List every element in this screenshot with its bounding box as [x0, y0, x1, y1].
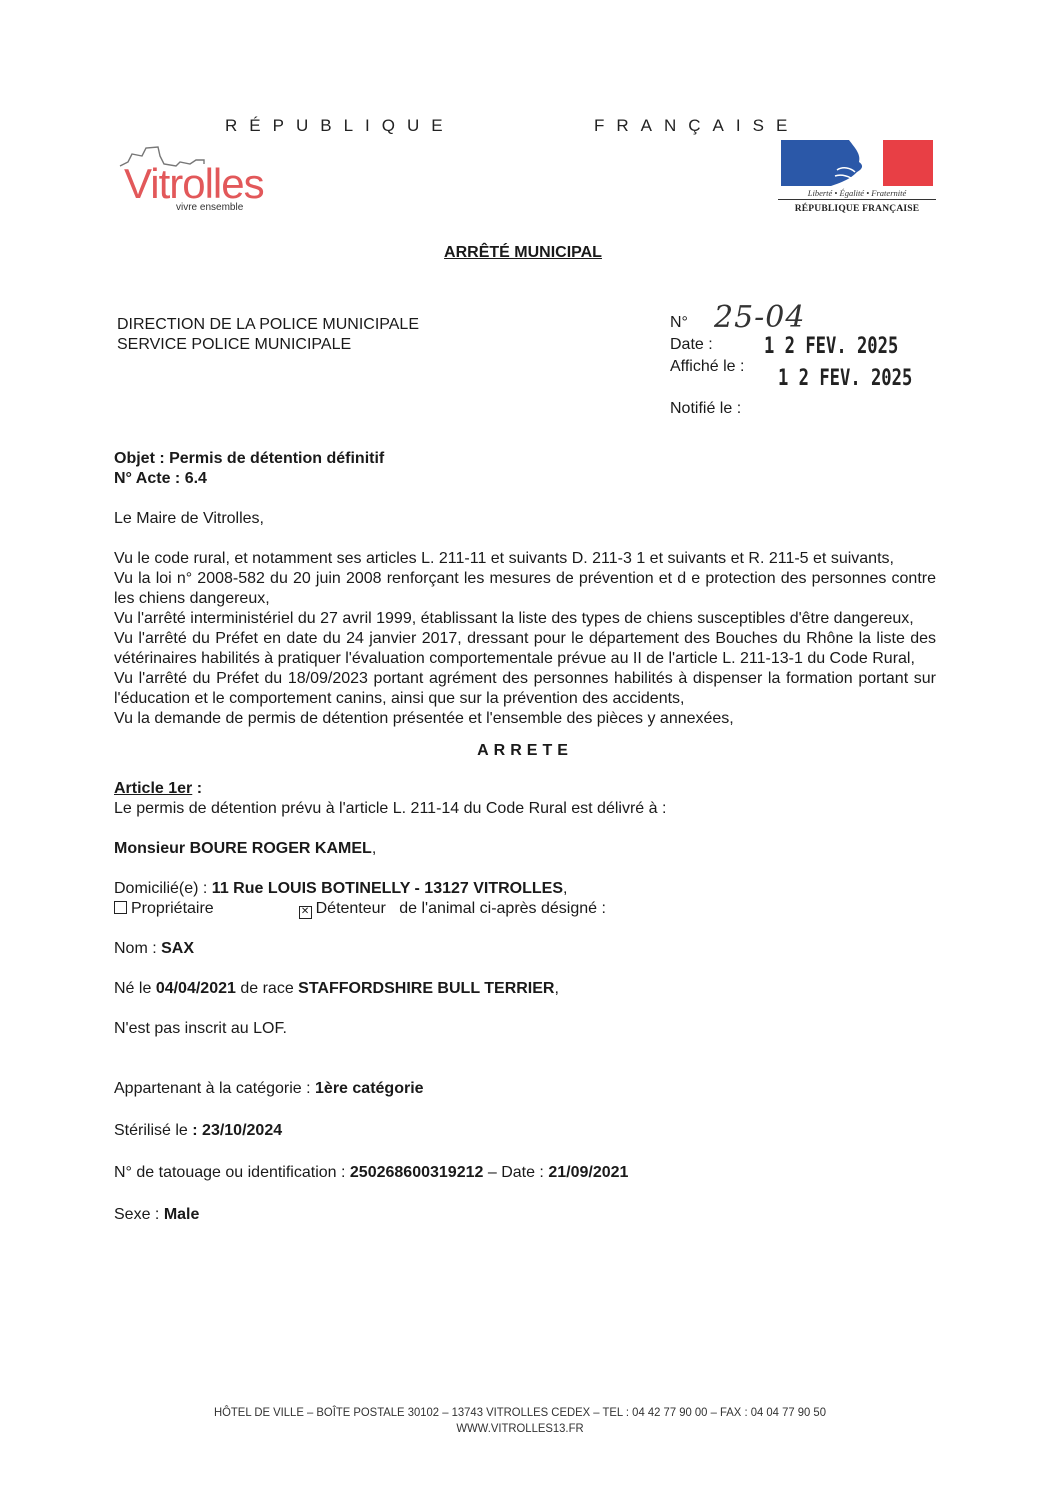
visa-item: Vu l'arrêté du Préfet en date du 24 janv…	[114, 629, 936, 669]
marianne-profile-icon	[831, 140, 883, 186]
notifie-label: Notifié le :	[670, 400, 741, 418]
city-name: Vitrolles	[124, 160, 264, 208]
visa-item: Vu l'arrêté du Préfet du 18/09/2023 port…	[114, 669, 936, 709]
marianne-logo: Liberté • Égalité • Fraternité RÉPUBLIQU…	[778, 138, 936, 218]
visa-item: Vu l'arrêté interministériel du 27 avril…	[114, 609, 936, 629]
domicile-row: Domicilié(e) : 11 Rue LOUIS BOTINELLY - …	[114, 879, 936, 899]
header-francaise: FRANÇAISE	[594, 116, 799, 136]
republic-label: RÉPUBLIQUE FRANÇAISE	[778, 204, 936, 214]
identification-row: N° de tatouage ou identification : 25026…	[114, 1163, 936, 1183]
sterilised-date: : 23/10/2024	[192, 1122, 282, 1139]
service-line-2: SERVICE POLICE MUNICIPALE	[117, 335, 419, 355]
category-value: 1ère catégorie	[315, 1080, 424, 1097]
arrete-heading: ARRETE	[114, 741, 936, 761]
nom-row: Nom : SAX	[114, 939, 936, 959]
visa-item: Vu le code rural, et notamment ses artic…	[114, 549, 936, 569]
visas-list: Vu le code rural, et notamment ses artic…	[114, 549, 936, 729]
domicile-value: 11 Rue LOUIS BOTINELLY - 13127 VITROLLES	[212, 880, 563, 897]
birth-date: 04/04/2021	[156, 980, 236, 997]
identification-number: 250268600319212	[350, 1164, 483, 1181]
header-republique: RÉPUBLIQUE	[225, 116, 455, 136]
proprietaire-label: Propriétaire	[131, 900, 214, 917]
issuing-service: DIRECTION DE LA POLICE MUNICIPALE SERVIC…	[117, 315, 419, 355]
domicile-label: Domicilié(e) :	[114, 880, 207, 897]
holder-name: BOURE ROGER KAMEL	[190, 840, 372, 857]
proprietaire-checkbox[interactable]	[114, 901, 127, 914]
acte-line: N° Acte : 6.4	[114, 469, 936, 489]
identification-date: 21/09/2021	[548, 1164, 628, 1181]
holder-row: Monsieur BOURE ROGER KAMEL,	[114, 839, 936, 859]
affiche-stamp: 1 2 FEV. 2025	[778, 366, 912, 391]
visa-item: Vu la demande de permis de détention pré…	[114, 709, 936, 729]
vitrolles-logo: Vitrolles vivre ensemble	[118, 142, 298, 222]
republic-motto: Liberté • Égalité • Fraternité	[778, 188, 936, 200]
article-1-heading: Article 1er	[114, 780, 192, 797]
footer-website[interactable]: WWW.VITROLLES13.FR	[31, 1420, 1009, 1436]
detenteur-label: Détenteur	[316, 900, 386, 917]
document-title: ARRÊTÉ MUNICIPAL	[0, 244, 1046, 262]
service-line-1: DIRECTION DE LA POLICE MUNICIPALE	[117, 315, 419, 335]
intro: Le Maire de Vitrolles,	[114, 509, 936, 529]
birth-row: Né le 04/04/2021 de race STAFFORDSHIRE B…	[114, 979, 936, 999]
category-row: Appartenant à la catégorie : 1ère catégo…	[114, 1079, 936, 1099]
tricolor-flag-icon	[781, 140, 933, 186]
date-stamp: 1 2 FEV. 2025	[764, 334, 898, 359]
sex-row: Sexe : Male	[114, 1205, 936, 1225]
objet-line: Objet : Permis de détention définitif	[114, 449, 936, 469]
lof-status: N'est pas inscrit au LOF.	[114, 1019, 936, 1039]
sterilised-row: Stérilisé le : 23/10/2024	[114, 1121, 936, 1141]
number-label: N°	[670, 314, 688, 332]
animal-suffix: de l'animal ci-après désigné :	[399, 900, 606, 917]
document-body: Objet : Permis de détention définitif N°…	[114, 449, 936, 1225]
detenteur-checkbox[interactable]: ✕	[299, 906, 312, 919]
article-1-text: Le permis de détention prévu à l'article…	[114, 799, 936, 819]
animal-name: SAX	[161, 940, 194, 957]
role-row: Propriétaire ✕Détenteur de l'animal ci-a…	[114, 899, 936, 919]
affiche-label: Affiché le :	[670, 358, 744, 376]
date-label: Date :	[670, 336, 713, 354]
footer-address: HÔTEL DE VILLE – BOÎTE POSTALE 30102 – 1…	[31, 1404, 1009, 1420]
holder-civility: Monsieur	[114, 840, 185, 857]
breed: STAFFORDSHIRE BULL TERRIER	[298, 980, 554, 997]
page-footer: HÔTEL DE VILLE – BOÎTE POSTALE 30102 – 1…	[31, 1404, 1009, 1436]
article-1-heading-row: Article 1er :	[114, 779, 936, 799]
number-value: 25-04	[714, 300, 805, 335]
city-tagline: vivre ensemble	[176, 202, 243, 213]
sex-value: Male	[164, 1206, 200, 1223]
visa-item: Vu la loi n° 2008-582 du 20 juin 2008 re…	[114, 569, 936, 609]
